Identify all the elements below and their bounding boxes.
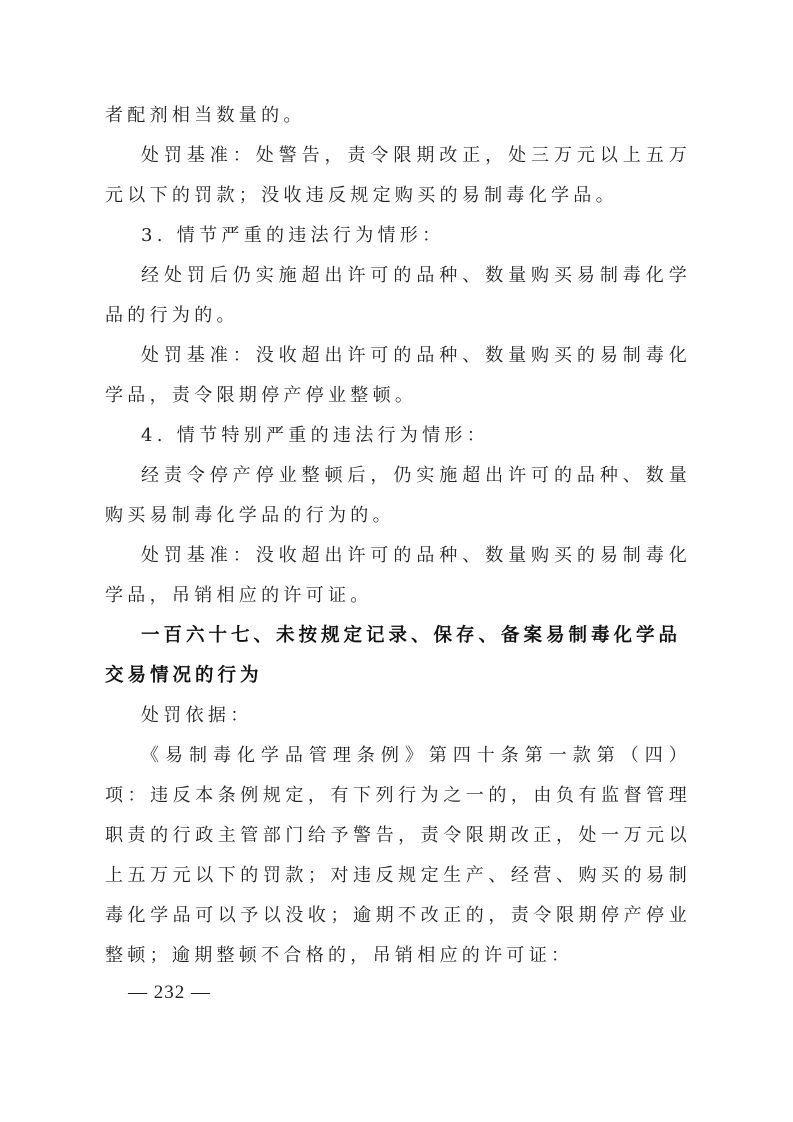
section-heading: 一百六十七、未按规定记录、保存、备案易制毒化学品交易情况的行为 [105,616,691,696]
paragraph-case-3-title: 3. 情节严重的违法行为情形： [105,216,691,256]
paragraph-penalty-standard-4: 处罚基准：没收超出许可的品种、数量购买的易制毒化学品，吊销相应的许可证。 [105,536,691,616]
paragraph-case-4-title: 4. 情节特别严重的违法行为情形： [105,416,691,456]
document-page: 者配剂相当数量的。 处罚基准：处警告，责令限期改正，处三万元以上五万元以下的罚款… [105,96,691,976]
paragraph-penalty-basis-label: 处罚依据： [105,696,691,736]
paragraph-continuation: 者配剂相当数量的。 [105,96,691,136]
page-number: — 232 — [128,982,211,1004]
paragraph-case-3-desc: 经处罚后仍实施超出许可的品种、数量购买易制毒化学品的行为的。 [105,256,691,336]
paragraph-penalty-standard-2: 处罚基准：处警告，责令限期改正，处三万元以上五万元以下的罚款；没收违反规定购买的… [105,136,691,216]
paragraph-regulation-citation: 《易制毒化学品管理条例》第四十条第一款第（四）项：违反本条例规定，有下列行为之一… [105,736,691,976]
paragraph-case-4-desc: 经责令停产停业整顿后，仍实施超出许可的品种、数量购买易制毒化学品的行为的。 [105,456,691,536]
paragraph-penalty-standard-3: 处罚基准：没收超出许可的品种、数量购买的易制毒化学品，责令限期停产停业整顿。 [105,336,691,416]
